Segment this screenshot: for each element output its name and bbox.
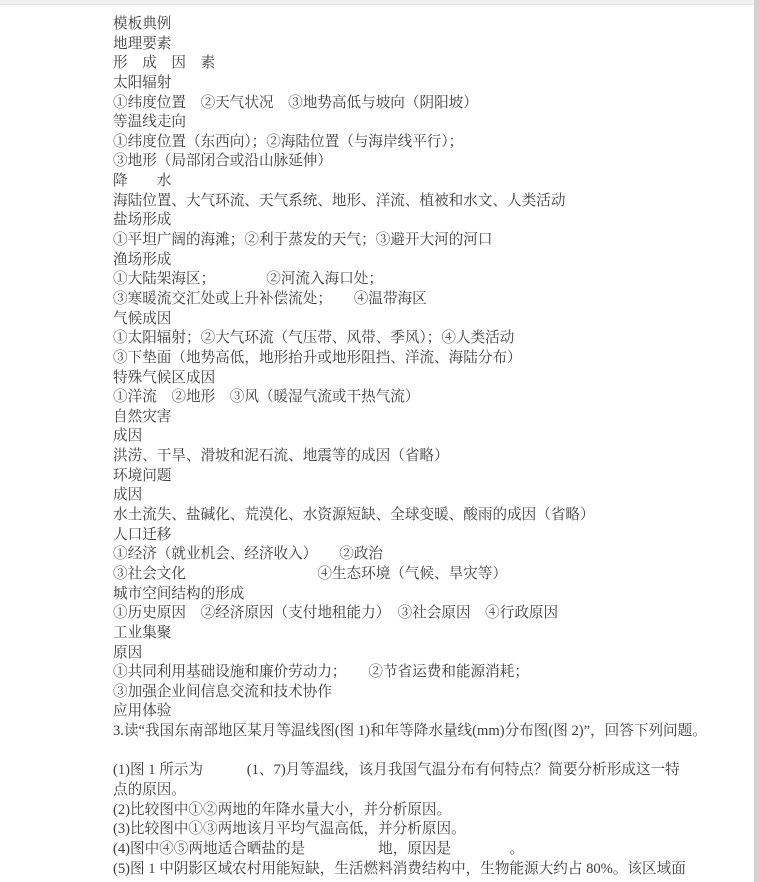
text-line: 城市空间结构的形成 bbox=[113, 585, 713, 605]
text-line: 海陆位置、大气环流、天气系统、地形、洋流、植被和水文、人类活动 bbox=[113, 192, 713, 212]
text-line: ①太阳辐射；②大气环流（气压带、风带、季风）；④人类活动 bbox=[113, 329, 713, 349]
text-line: 环境问题 bbox=[113, 467, 713, 487]
text-line: 点的原因。 bbox=[113, 781, 713, 801]
text-line: 模板典例 bbox=[113, 15, 713, 35]
text-line: 成因 bbox=[113, 486, 713, 506]
text-line: 渔场形成 bbox=[113, 251, 713, 271]
text-line: 洪涝、干旱、滑坡和泥石流、地震等的成因（省略） bbox=[113, 447, 713, 467]
text-line: ③地形（局部闭合或沿山脉延伸） bbox=[113, 152, 713, 172]
text-line: ①共同利用基础设施和廉价劳动力； ②节省运费和能源消耗； bbox=[113, 663, 713, 683]
text-line: 原因 bbox=[113, 644, 713, 664]
text-line: ③下垫面（地势高低，地形抬升或地形阻挡、洋流、海陆分布） bbox=[113, 349, 713, 369]
text-line: (2)比较图中①②两地的年降水量大小，并分析原因。 bbox=[113, 801, 713, 821]
text-line: (1)图 1 所示为 (1、7)月等温线，该月我国气温分布有何特点？简要分析形成… bbox=[113, 761, 713, 781]
text-line: (4)图中④⑤两地适合晒盐的是 地，原因是 。 bbox=[113, 840, 713, 860]
text-line: ①洋流 ②地形 ③风（暖湿气流或干热气流） bbox=[113, 388, 713, 408]
text-line: ③社会文化 ④生态环境（气候、旱灾等） bbox=[113, 565, 713, 585]
text-line: 成因 bbox=[113, 427, 713, 447]
text-line: 特殊气候区成因 bbox=[113, 369, 713, 389]
text-line: 应用体验 bbox=[113, 702, 713, 722]
text-line: 地理要素 bbox=[113, 35, 713, 55]
text-line: 自然灾害 bbox=[113, 408, 713, 428]
text-line: ③加强企业间信息交流和技术协作 bbox=[113, 683, 713, 703]
text-line: ①历史原因 ②经济原因（支付地租能力） ③社会原因 ④行政原因 bbox=[113, 604, 713, 624]
text-line: ①平坦广阔的海滩；②利于蒸发的天气；③避开大河的河口 bbox=[113, 231, 713, 251]
text-line: (5)图 1 中阴影区域农村用能短缺，生活燃料消费结构中，生物能源大约占 80%… bbox=[113, 860, 713, 880]
text-line: 气候成因 bbox=[113, 310, 713, 330]
text-line: ③寒暖流交汇处或上升补偿流处； ④温带海区 bbox=[113, 290, 713, 310]
scrollbar[interactable] bbox=[754, 0, 759, 882]
text-line: 等温线走向 bbox=[113, 113, 713, 133]
document-page: 模板典例 地理要素 形 成 因 素 太阳辐射 ①纬度位置 ②天气状况 ③地势高低… bbox=[113, 15, 713, 879]
page-top-edge bbox=[0, 0, 759, 5]
text-line: ①纬度位置 ②天气状况 ③地势高低与坡向（阴阳坡） bbox=[113, 94, 713, 114]
text-line: ①经济（就业机会、经济收入） ②政治 bbox=[113, 545, 713, 565]
text-line: 太阳辐射 bbox=[113, 74, 713, 94]
text-line: ①大陆架海区； ②河流入海口处； bbox=[113, 270, 713, 290]
text-line: 降 水 bbox=[113, 172, 713, 192]
text-line: 盐场形成 bbox=[113, 211, 713, 231]
text-line: 人口迁移 bbox=[113, 526, 713, 546]
text-line: 水土流失、盐碱化、荒漠化、水资源短缺、全球变暖、酸雨的成因（省略） bbox=[113, 506, 713, 526]
text-line: 形 成 因 素 bbox=[113, 54, 713, 74]
text-line: ①纬度位置（东西向）；②海陆位置（与海岸线平行）； bbox=[113, 133, 713, 153]
text-line: 工业集聚 bbox=[113, 624, 713, 644]
text-line bbox=[113, 742, 713, 762]
text-line: (3)比较图中①③两地该月平均气温高低，并分析原因。 bbox=[113, 820, 713, 840]
text-line: 3.读“我国东南部地区某月等温线图(图 1)和年等降水量线(mm)分布图(图 2… bbox=[113, 722, 713, 742]
